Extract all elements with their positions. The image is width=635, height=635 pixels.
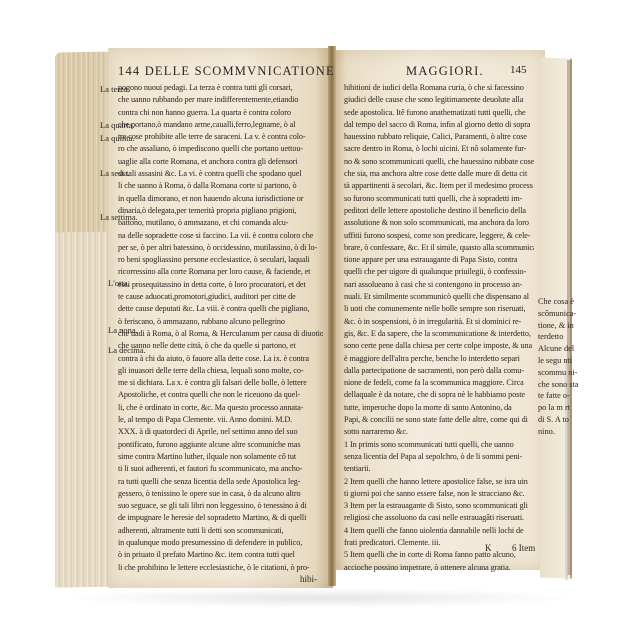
text-line: le, al tempo di Papa Clemente. vii. Anno…	[118, 414, 323, 426]
text-line: ti li suoi adherenti, et fautori fu scom…	[118, 463, 323, 475]
text-line: che uanno nelle dette città, ò che da qu…	[118, 340, 323, 352]
text-line: tre cose prohibite alle terre de saracen…	[118, 131, 323, 143]
text-line: brare, ò confessare, &c. Et il simile, q…	[344, 242, 534, 254]
text-line: gis, &c. E da sapere, che la scommunicat…	[344, 328, 534, 340]
text-line: dalla partecipatione de sacramenti, non …	[344, 365, 534, 377]
text-line: nuali. Et similmente scommunicò quelli c…	[344, 291, 534, 303]
text-line: peditori delle lettere apostoliche desti…	[344, 205, 534, 217]
text-line: suo seguace, se gli tali libri non legge…	[118, 500, 323, 512]
right-page-body: hibitioni de iudici della Romana curia, …	[344, 82, 534, 574]
text-line: dette cause deputati &c. La viii. è cont…	[118, 303, 323, 315]
text-line: è maggiore dell'altra perche, benche lo …	[344, 353, 534, 365]
text-line: no & sono scommunicati quelli, che haues…	[344, 156, 534, 168]
text-line: dinaria,ò delegata,per temerità propria …	[118, 205, 323, 217]
text-line: nione de fedeli, come fa la scommunica m…	[344, 377, 534, 389]
text-line: che portano,ò mandano arme,caualli,ferro…	[118, 119, 323, 131]
text-line: che sia, ma anchora altre cose dette dal…	[344, 168, 534, 180]
side-note-line: te fatte o-	[538, 390, 578, 402]
text-line: tentiarii.	[344, 463, 534, 475]
text-line: pogono nuoui pedagi. La terza è contra t…	[118, 82, 323, 94]
text-line: contra à chi da aiuto, ò fauore alla det…	[118, 353, 323, 365]
text-line: adherenti, altramente tutti li detti son…	[118, 525, 323, 537]
text-line: tà appartinenti à secolari, &c. Item per…	[344, 180, 534, 192]
left-running-head-text: DELLE SCOMMVNICATIONE	[145, 64, 335, 78]
text-line: giudici delle cause che sono legitimamen…	[344, 94, 534, 106]
right-page-number: 145	[510, 64, 527, 76]
text-line: so furono scommunicati tutti quelli, che…	[344, 193, 534, 205]
text-line: 4 Item quelli che fanno uiolentia dannab…	[344, 525, 534, 537]
text-line: XXX. à di quatordeci di Aprile, nel sett…	[118, 426, 323, 438]
signature-mark: K	[485, 543, 492, 553]
text-line: te cause aduocati,promotori,giudici, aud…	[118, 291, 323, 303]
text-line: ra tutti quelli che senza licentia della…	[118, 476, 323, 488]
text-line: contra chi non hanno guerra. La quarta è…	[118, 107, 323, 119]
side-note-line: scommu ni-	[538, 367, 578, 379]
text-line: li uoti che comunemente nelle bolle semp…	[344, 303, 534, 315]
text-line: nari assolueano à casi che si contengono…	[344, 279, 534, 291]
text-line: pontificato, furono aggiunte alcune altr…	[118, 439, 323, 451]
text-line: dal tempo del sacco di Roma, infin al gi…	[344, 119, 534, 131]
left-running-head: 144 DELLE SCOMMVNICATIONE	[118, 64, 335, 79]
text-line: ò in priuato il prefato Martino &c. item…	[118, 549, 323, 561]
text-line: dellaquale è da notare, che di sopra nè …	[344, 389, 534, 401]
text-line: essi prosequitassino in detta corte, ò l…	[118, 279, 323, 291]
side-note-line: tione, & in	[538, 320, 578, 332]
side-note-line: le segu nti	[538, 355, 578, 367]
text-line: uffitii furono sospesi, come son predica…	[344, 230, 534, 242]
text-line: 3 Item per la estrauagante di Sisto, son…	[344, 500, 534, 512]
left-catchword: hibi-	[300, 574, 317, 584]
text-line: li, che è ordinato in corte, &c. Ma ques…	[118, 402, 323, 414]
text-line: Apostoliche, et contra quelli che non le…	[118, 389, 323, 401]
side-note: Che cosa è scômunica- tione, & in terdet…	[538, 296, 578, 438]
text-line: hibitioni de iudici della Romana curia, …	[344, 82, 534, 94]
side-note-line: Che cosa è	[538, 296, 578, 308]
text-line: sotto narraremo &c.	[344, 426, 534, 438]
text-line: tione appare per una estrauagante di Pap…	[344, 254, 534, 266]
right-running-head: MAGGIORI.	[406, 64, 484, 79]
text-line: tutte, imperoche dopo la morte di santo …	[344, 402, 534, 414]
page-block-lower	[55, 231, 115, 587]
text-line: 5 Item quelli che in corte di Roma fanno…	[344, 549, 534, 561]
text-line: Papi, & concilii ne sono state fatte del…	[344, 414, 534, 426]
side-note-line: nino.	[538, 426, 578, 438]
text-line: ro beni spogliassino persone ecclesiasti…	[118, 254, 323, 266]
text-line: che uadi à Roma, ò al Roma, & Herculanum…	[118, 328, 323, 340]
side-note-line: po la m rt	[538, 402, 578, 414]
text-line: &c. ò in sospensioni, ò in irregularità.…	[344, 316, 534, 328]
side-note-line: terdetto	[538, 331, 578, 343]
text-line: ro che assaliano, ò impediscono quelli c…	[118, 143, 323, 155]
text-line: ricorressino alla corte Romana per loro …	[118, 266, 323, 278]
text-line: li che prohibino le lettere ecclesiastic…	[118, 562, 323, 574]
text-line: ò feriscano, ò ammazano, rubbano alcuno …	[118, 316, 323, 328]
book-shadow	[60, 588, 580, 608]
left-page-number: 144	[118, 64, 140, 78]
text-line: sacre dentro in Roma, ò lochi uicini. Et…	[344, 143, 534, 155]
text-line: assolutione & non solo scommunicati, ma …	[344, 217, 534, 229]
side-note-line: di S. A to	[538, 414, 578, 426]
left-page-body: pogono nuoui pedagi. La terza è contra t…	[118, 82, 323, 574]
book-gutter	[328, 46, 336, 586]
side-note-line: scômunica-	[538, 308, 578, 320]
text-line: religiosi che assoluono da casi nelle es…	[344, 512, 534, 524]
text-line: 1 In primis sono scommunicati tutti quel…	[344, 439, 534, 451]
text-line: gessero, ò tenissino le opere sue in cas…	[118, 488, 323, 500]
text-line: accioche possino impetrare, ò ottenere a…	[344, 562, 534, 574]
text-line: quelli che per uigore di qualunque priui…	[344, 266, 534, 278]
text-line: sono certe pene dalla chiesa per certe c…	[344, 340, 534, 352]
text-line: li che uanno à Roma, ò dalla Romana cort…	[118, 180, 323, 192]
text-line: battono, mutilano, ò ammazano, et chi co…	[118, 217, 323, 229]
text-line: ti giorni poi che sanno essere false, no…	[344, 488, 534, 500]
side-note-line: che sono sta	[538, 379, 578, 391]
text-line: hauessino rubbato reliquie, Calici, Para…	[344, 131, 534, 143]
text-line: per se, ò per altri batessino, ò occides…	[118, 242, 323, 254]
text-line: che uanno rubbando per mare indifferente…	[118, 94, 323, 106]
text-line: gli inuasori delle terre della chiesa, l…	[118, 365, 323, 377]
text-line: in quella dimorano, et non hauendo alcun…	[118, 193, 323, 205]
right-catchword: 6 Item	[512, 543, 535, 553]
text-line: me si dichiara. La x. è contra gli falsa…	[118, 377, 323, 389]
text-line: sede apostolica. Itê furono anathematiza…	[344, 107, 534, 119]
text-line: de impugnare le heresie del sopradetto M…	[118, 512, 323, 524]
text-line: na delle sopradette cose si faccino. La …	[118, 230, 323, 242]
text-line: senza licentia del Papa al sepolchro, ò …	[344, 451, 534, 463]
book-photo: 144 DELLE SCOMMVNICATIONE La terza. La q…	[0, 0, 635, 635]
text-line: sime contra Martino luther, ilquale non …	[118, 451, 323, 463]
text-line: uaglie alla corte Romana, et anchora con…	[118, 156, 323, 168]
page-block-fore-edge	[55, 51, 115, 587]
text-line: di tali assasini &c. La vi. è contra que…	[118, 168, 323, 180]
text-line: frati predicatori. Clemente. iii.	[344, 537, 534, 549]
text-line: 2 Item quelli che hanno lettere apostoli…	[344, 476, 534, 488]
text-line: in qualunque modo presumessino di defend…	[118, 537, 323, 549]
side-note-line: Alcune del	[538, 343, 578, 355]
